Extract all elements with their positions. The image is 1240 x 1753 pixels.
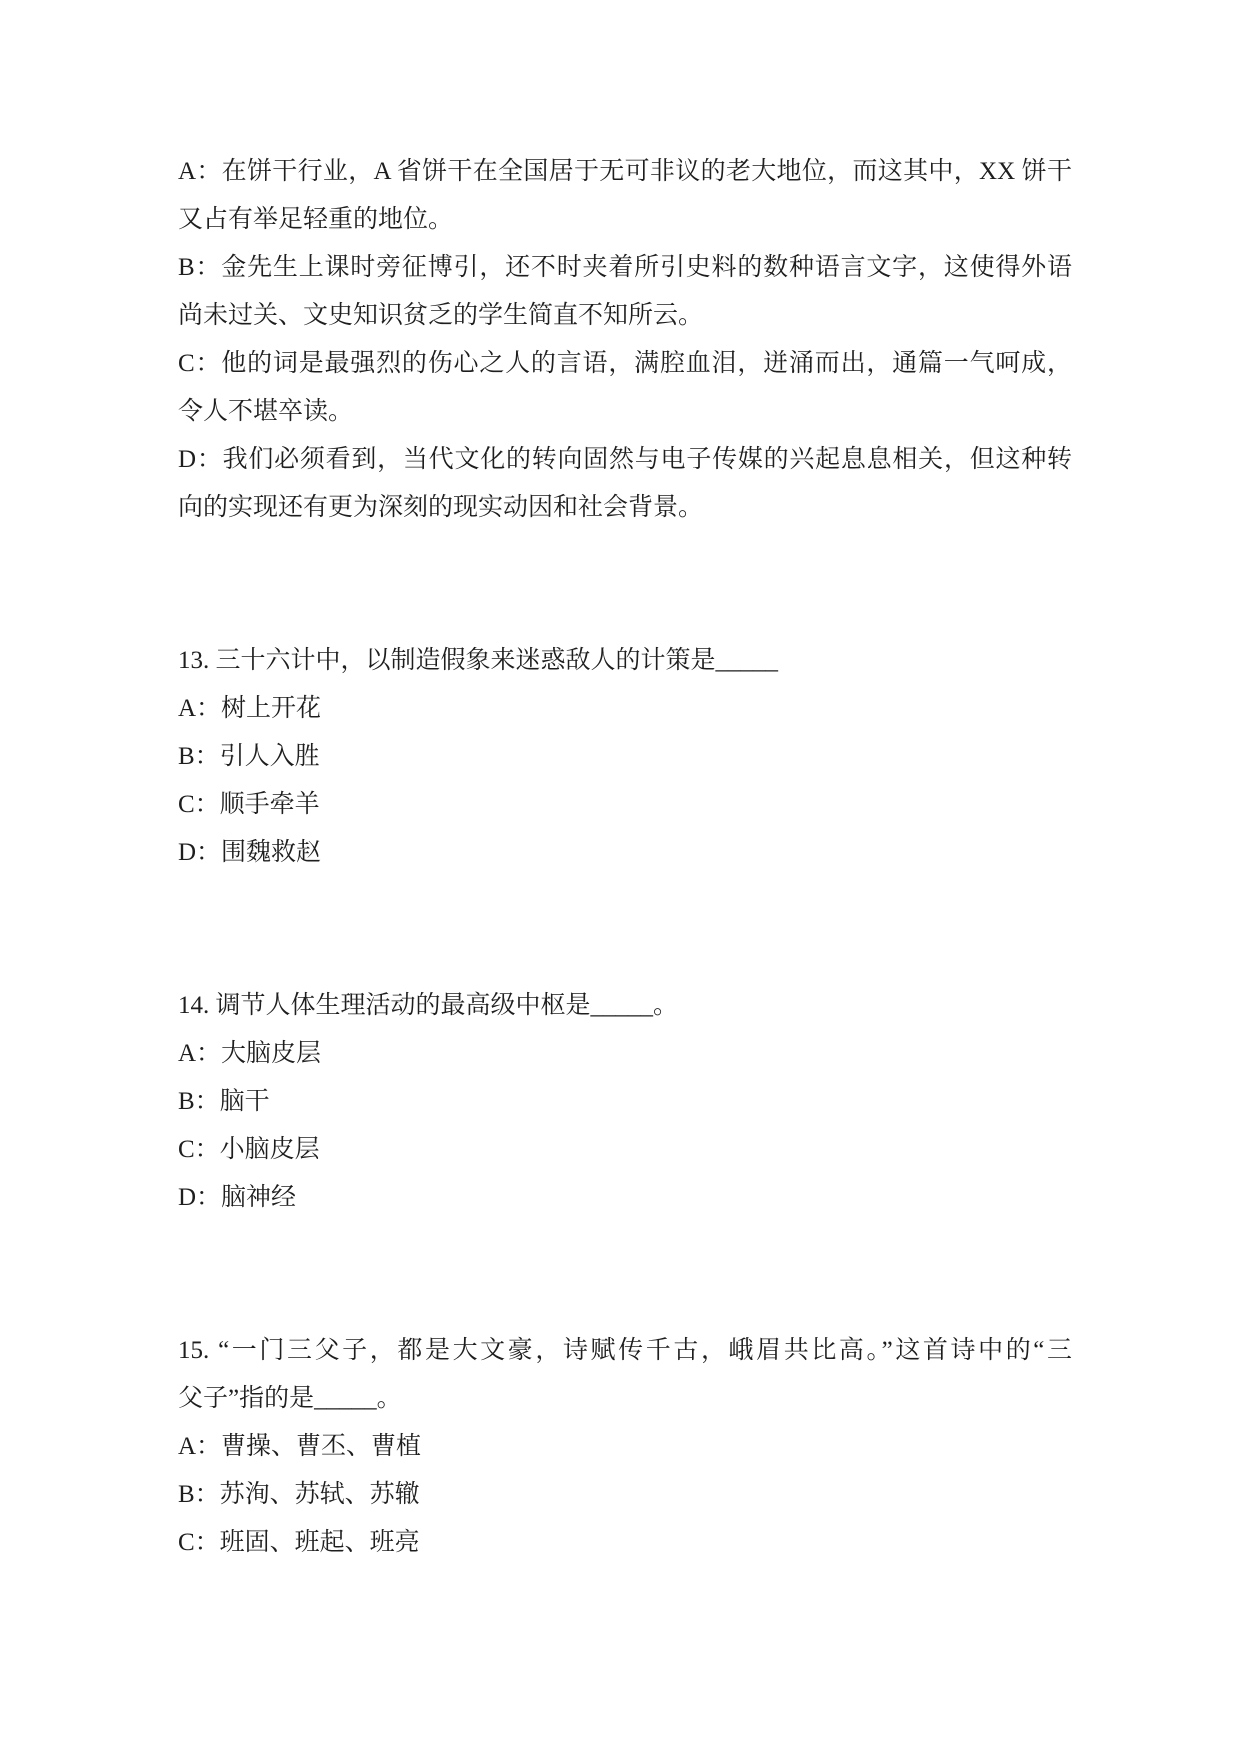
question-13-option-a: A：树上开花 xyxy=(178,685,1072,733)
question-15-option-c: C：班固、班起、班亮 xyxy=(178,1519,1072,1567)
option-12-a-line-1: A：在饼干行业，A 省饼干在全国居于无可非议的老大地位，而这其中，XX 饼干 xyxy=(178,148,1072,196)
question-15-stem-line-1: 15. “一门三父子，都是大文豪，诗赋传千古，峨眉共比高。”这首诗中的“三 xyxy=(178,1327,1072,1375)
question-15-option-a: A：曹操、曹丕、曹植 xyxy=(178,1423,1072,1471)
option-12-b-line-2: 尚未过关、文史知识贫乏的学生简直不知所云。 xyxy=(178,292,1072,340)
question-13-option-d: D：围魏救赵 xyxy=(178,829,1072,877)
question-14-option-c: C：小脑皮层 xyxy=(178,1126,1072,1174)
question-15-block: 15. “一门三父子，都是大文豪，诗赋传千古，峨眉共比高。”这首诗中的“三 父子… xyxy=(178,1327,1072,1567)
option-12-d-line-1: D：我们必须看到，当代文化的转向固然与电子传媒的兴起息息相关，但这种转 xyxy=(178,436,1072,484)
question-13-option-c: C：顺手牵羊 xyxy=(178,781,1072,829)
option-12-a-line-2: 又占有举足轻重的地位。 xyxy=(178,196,1072,244)
question-12-options-block: A：在饼干行业，A 省饼干在全国居于无可非议的老大地位，而这其中，XX 饼干 又… xyxy=(178,148,1072,532)
question-13-stem: 13. 三十六计中，以制造假象来迷惑敌人的计策是_____ xyxy=(178,637,1072,685)
question-14-option-a: A：大脑皮层 xyxy=(178,1030,1072,1078)
question-14-stem: 14. 调节人体生理活动的最高级中枢是_____。 xyxy=(178,982,1072,1030)
question-15-stem-line-2: 父子”指的是_____。 xyxy=(178,1375,1072,1423)
question-14-option-b: B：脑干 xyxy=(178,1078,1072,1126)
question-15-option-b: B：苏洵、苏轼、苏辙 xyxy=(178,1471,1072,1519)
option-12-b-line-1: B：金先生上课时旁征博引，还不时夹着所引史料的数种语言文字，这使得外语 xyxy=(178,244,1072,292)
question-14-option-d: D：脑神经 xyxy=(178,1174,1072,1222)
question-13-block: 13. 三十六计中，以制造假象来迷惑敌人的计策是_____ A：树上开花 B：引… xyxy=(178,637,1072,877)
question-14-block: 14. 调节人体生理活动的最高级中枢是_____。 A：大脑皮层 B：脑干 C：… xyxy=(178,982,1072,1222)
option-12-c-line-1: C：他的词是最强烈的伤心之人的言语，满腔血泪，迸涌而出，通篇一气呵成， xyxy=(178,340,1072,388)
question-13-option-b: B：引人入胜 xyxy=(178,733,1072,781)
option-12-c-line-2: 令人不堪卒读。 xyxy=(178,388,1072,436)
option-12-d-line-2: 向的实现还有更为深刻的现实动因和社会背景。 xyxy=(178,484,1072,532)
exam-document-page: A：在饼干行业，A 省饼干在全国居于无可非议的老大地位，而这其中，XX 饼干 又… xyxy=(0,0,1240,1753)
